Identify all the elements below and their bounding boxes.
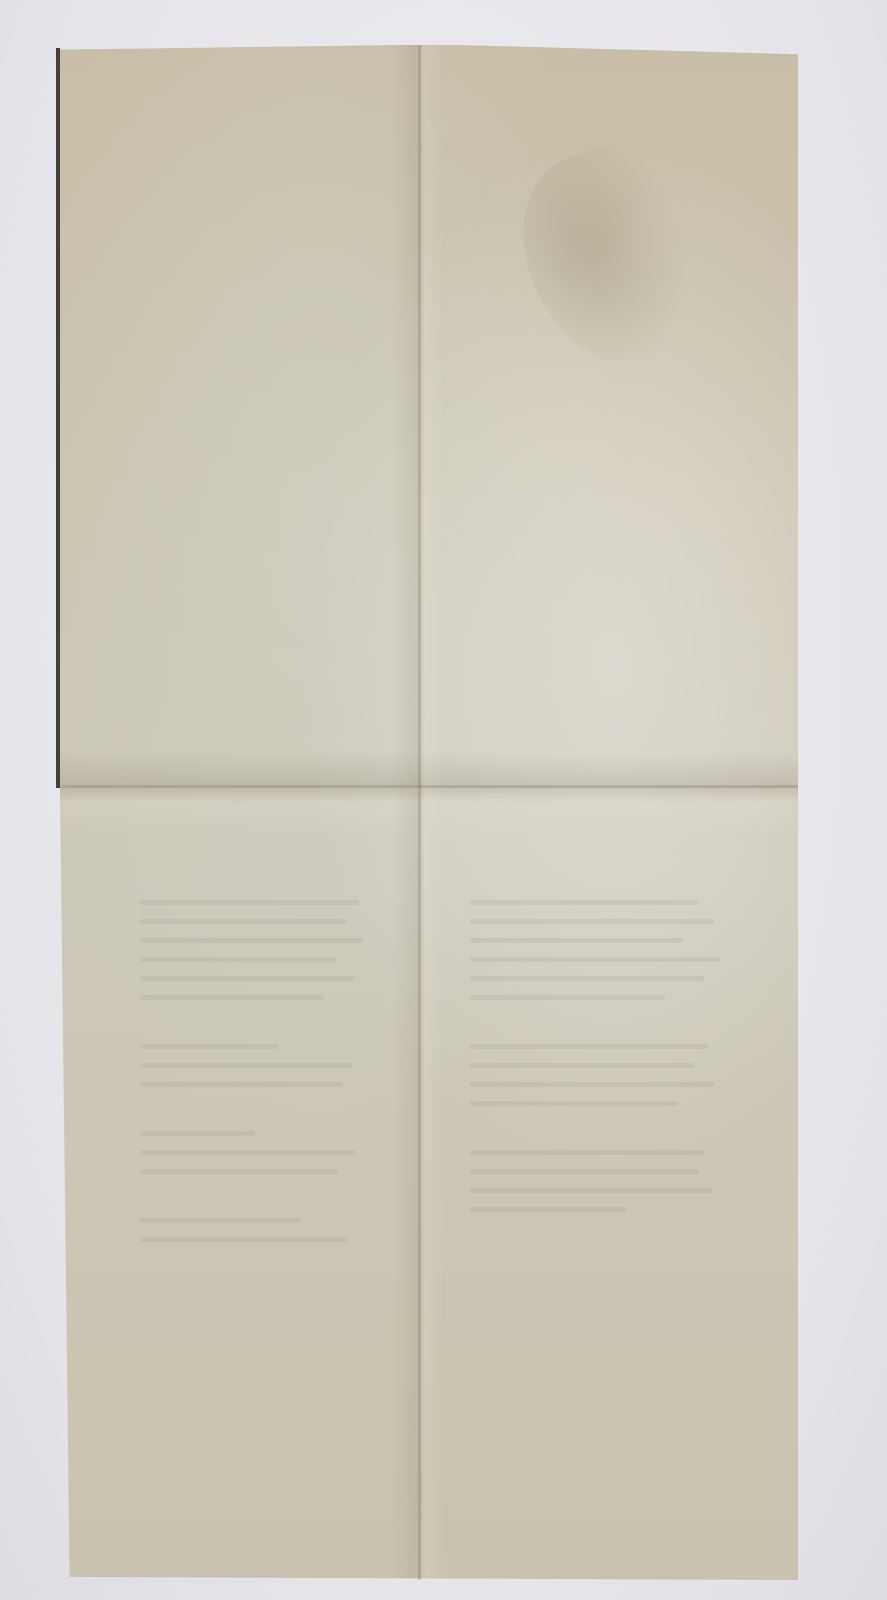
show-through-text-right xyxy=(470,900,730,1212)
paper-edge-shadow xyxy=(56,48,60,788)
horizontal-fold-crease xyxy=(60,785,798,788)
vertical-fold-crease xyxy=(418,45,421,1580)
show-through-text-left xyxy=(140,900,370,1242)
